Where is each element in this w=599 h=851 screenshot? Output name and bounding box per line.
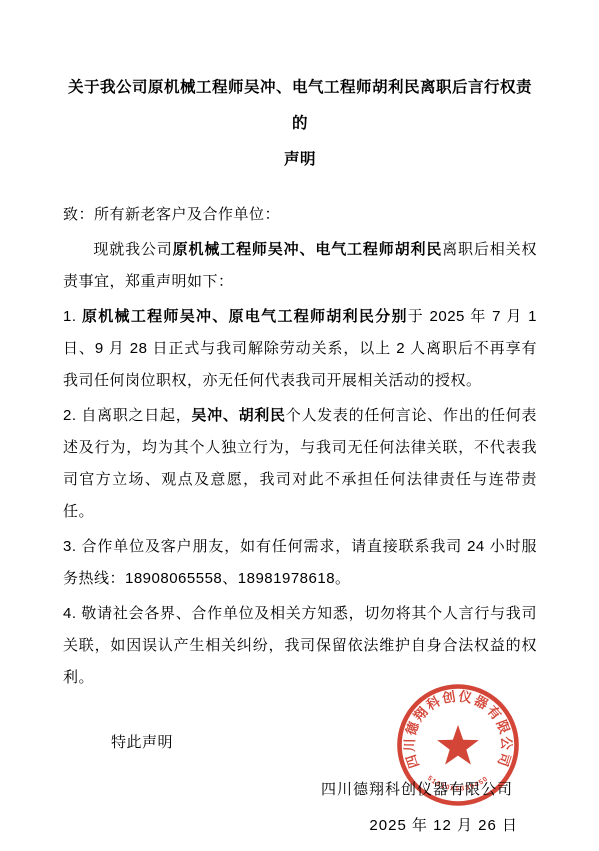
intro-text-bold: 原机械工程师吴冲、电气工程师胡利民 [173,241,443,258]
item1-pre: 1. [63,308,82,325]
signature-date: 2025 年 12 月 26 日 [63,808,537,844]
document-title-line2: 声明 [63,142,537,178]
statement-item-2: 2. 自离职之日起，吴冲、胡利民个人发表的任何言论、作出的任何表述及行为，均为其… [63,400,537,528]
item1-bold: 原机械工程师吴冲、原电气工程师胡利民分别 [82,308,408,325]
statement-item-3: 3. 合作单位及客户朋友，如有任何需求，请直接联系我司 24 小时服务热线：18… [63,531,537,595]
document-title-line1: 关于我公司原机械工程师吴冲、电气工程师胡利民离职后言行权责的 [63,70,537,142]
closing-statement: 特此声明 [111,734,537,752]
signature-company-name: 四川德翔科创仪器有限公司 [63,772,537,808]
document-title: 关于我公司原机械工程师吴冲、电气工程师胡利民离职后言行权责的 声明 [63,70,537,178]
salutation-line: 致：所有新老客户及合作单位： [63,199,537,231]
signature-block: 四川德翔科创仪器有限公司 2025 年 12 月 26 日 [63,772,537,844]
item2-pre: 2. 自离职之日起， [63,407,191,424]
seal-arc-company-text: 四川德翔科创仪器有限公司 [402,687,514,770]
statement-item-4: 4. 敬请社会各界、合作单位及相关方知悉，切勿将其个人言行与我司关联，如因误认产… [63,598,537,694]
intro-text-pre: 现就我公司 [93,241,173,258]
item3-text: 3. 合作单位及客户朋友，如有任何需求，请直接联系我司 24 小时服务热线：18… [63,538,537,587]
declaration-document-page: 关于我公司原机械工程师吴冲、电气工程师胡利民离职后言行权责的 声明 致：所有新老… [0,0,599,851]
statement-item-1: 1. 原机械工程师吴冲、原电气工程师胡利民分别于 2025 年 7 月 1 日、… [63,301,537,397]
item2-bold: 吴冲、胡利民 [191,407,285,424]
intro-paragraph: 现就我公司原机械工程师吴冲、电气工程师胡利民离职后相关权责事宜，郑重声明如下： [63,234,537,298]
item4-text: 4. 敬请社会各界、合作单位及相关方知悉，切勿将其个人言行与我司关联，如因误认产… [63,605,537,686]
